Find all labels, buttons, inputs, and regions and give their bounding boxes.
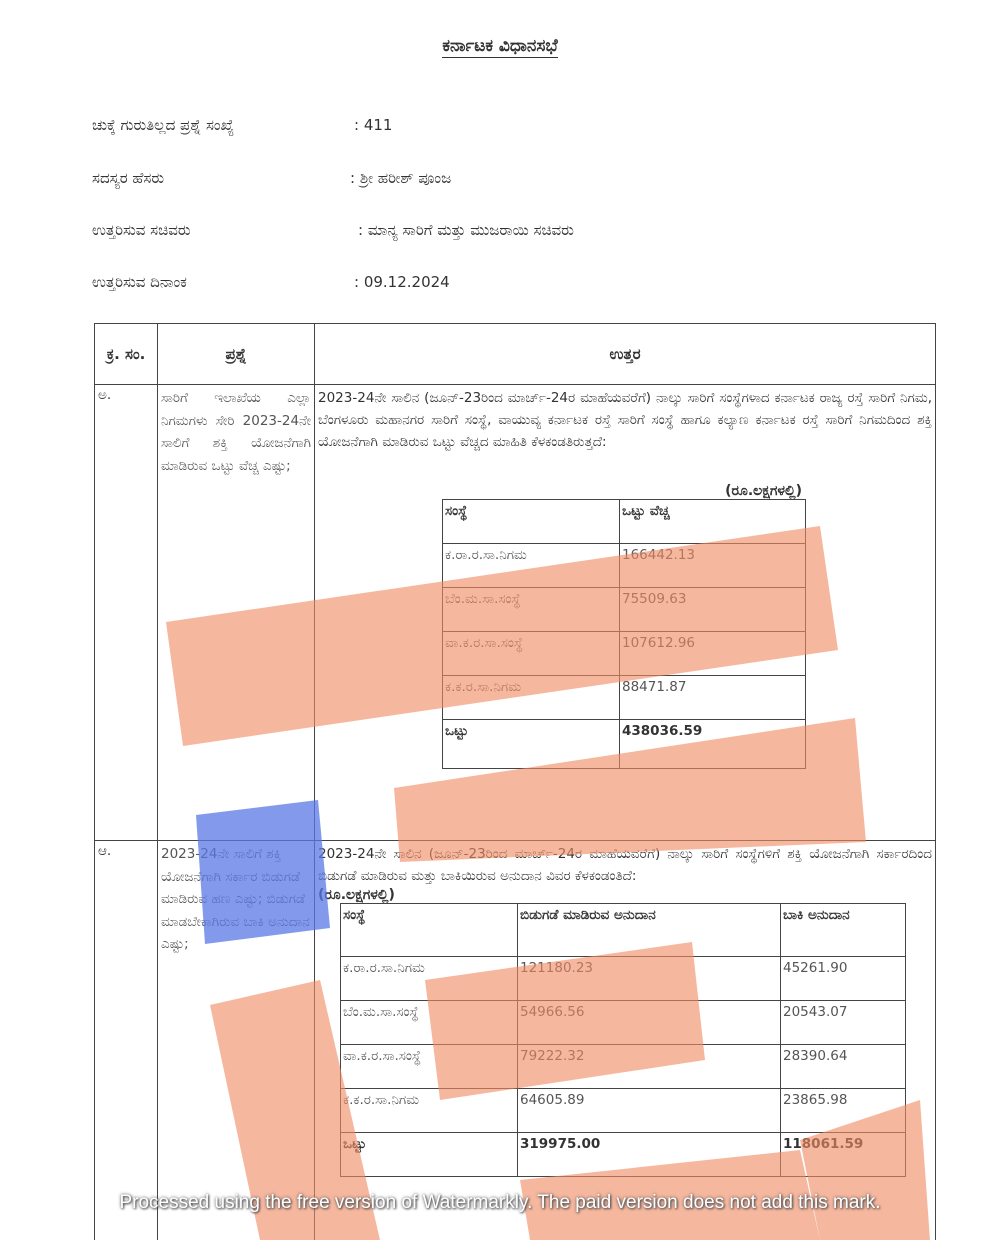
document-title: ಕರ್ನಾಟಕ ವಿಧಾನಸಭೆ <box>0 36 1000 56</box>
org-cell: ಬೆಂ.ಮ.ಸಾ.ಸಂಸ್ಥೆ <box>341 1001 518 1045</box>
value-cell: 75509.63 <box>620 588 806 632</box>
released-cell: 54966.56 <box>518 1001 781 1045</box>
expense-table: ಸಂಸ್ಥೆಒಟ್ಟು ವೆಚ್ಚ ಕ.ರಾ.ರ.ಸಾ.ನಿಗಮ166442.1… <box>442 499 806 769</box>
unit-label: (ರೂ.ಲಕ್ಷಗಳಲ್ಲಿ) <box>318 887 932 903</box>
qa-table: ಕ್ರ. ಸಂ. ಪ್ರಶ್ನೆ ಉತ್ತರ ಅ. ಸಾರಿಗೆ ಇಲಾಖೆಯ … <box>94 323 936 1240</box>
pending-cell: 23865.98 <box>781 1089 906 1133</box>
meta-label: ಉತ್ತರಿಸುವ ಸಚಿವರು <box>92 221 347 239</box>
org-cell: ವಾ.ಕ.ರ.ಸಾ.ಸಂಸ್ಥೆ <box>341 1045 518 1089</box>
qa-row: ಅ. ಸಾರಿಗೆ ಇಲಾಖೆಯ ಎಲ್ಲಾ ನಿಗಮಗಳು ಸೇರಿ 2023… <box>95 385 936 841</box>
total-released: 319975.00 <box>518 1133 781 1177</box>
row-question: 2023-24ನೇ ಸಾಲಿಗೆ ಶಕ್ತಿ ಯೋಜನೆಗಾಗಿ ಸರ್ಕಾರ … <box>158 841 315 1240</box>
meta-value: : 09.12.2024 <box>354 273 450 291</box>
meta-answer-date: ಉತ್ತರಿಸುವ ದಿನಾಂಕ: 09.12.2024 <box>92 273 347 291</box>
title-text: ಕರ್ನಾಟಕ ವಿಧಾನಸಭೆ <box>442 36 557 58</box>
header-sl-no: ಕ್ರ. ಸಂ. <box>95 324 158 385</box>
org-cell: ಕ.ರಾ.ರ.ಸಾ.ನಿಗಮ <box>443 544 620 588</box>
meta-label: ಸದಸ್ಯರ ಹೆಸರು <box>92 169 347 187</box>
meta-label: ಚುಕ್ಕೆ ಗುರುತಿಲ್ಲದ ಪ್ರಶ್ನೆ ಸಂಖ್ಯೆ <box>92 116 347 134</box>
col-header: ಒಟ್ಟು ವೆಚ್ಚ <box>620 500 806 544</box>
released-cell: 64605.89 <box>518 1089 781 1133</box>
org-cell: ಕ.ಕ.ರ.ಸಾ.ನಿಗಮ <box>443 676 620 720</box>
total-value: 438036.59 <box>620 720 806 769</box>
released-cell: 79222.32 <box>518 1045 781 1089</box>
released-cell: 121180.23 <box>518 957 781 1001</box>
value-cell: 107612.96 <box>620 632 806 676</box>
row-sl: ಆ. <box>95 841 158 1240</box>
meta-label: ಉತ್ತರಿಸುವ ದಿನಾಂಕ <box>92 273 347 291</box>
col-header: ಸಂಸ್ಥೆ <box>443 500 620 544</box>
meta-value: : ಮಾನ್ಯ ಸಾರಿಗೆ ಮತ್ತು ಮುಜರಾಯಿ ಸಚಿವರು <box>358 221 574 239</box>
row-sl: ಅ. <box>95 385 158 841</box>
value-cell: 166442.13 <box>620 544 806 588</box>
meta-minister: ಉತ್ತರಿಸುವ ಸಚಿವರು: ಮಾನ್ಯ ಸಾರಿಗೆ ಮತ್ತು ಮುಜ… <box>92 221 347 239</box>
grant-table: ಸಂಸ್ಥೆಬಿಡುಗಡೆ ಮಾಡಿರುವ ಅನುದಾನಬಾಕಿ ಅನುದಾನ … <box>340 903 906 1177</box>
org-cell: ಬೆಂ.ಮ.ಸಾ.ಸಂಸ್ಥೆ <box>443 588 620 632</box>
row-answer: 2023-24ನೇ ಸಾಲಿನ (ಜೂನ್-23ರಿಂದ ಮಾರ್ಚ್-24ರ … <box>315 385 936 841</box>
total-pending: 118061.59 <box>781 1133 906 1177</box>
col-header: ಸಂಸ್ಥೆ <box>341 904 518 957</box>
org-cell: ಕ.ಕ.ರ.ಸಾ.ನಿಗಮ <box>341 1089 518 1133</box>
watermark-text: Processed using the free version of Wate… <box>0 1192 1000 1214</box>
org-cell: ವಾ.ಕ.ರ.ಸಾ.ಸಂಸ್ಥೆ <box>443 632 620 676</box>
qa-row: ಆ. 2023-24ನೇ ಸಾಲಿಗೆ ಶಕ್ತಿ ಯೋಜನೆಗಾಗಿ ಸರ್ಕ… <box>95 841 936 1240</box>
value-cell: 88471.87 <box>620 676 806 720</box>
meta-question-number: ಚುಕ್ಕೆ ಗುರುತಿಲ್ಲದ ಪ್ರಶ್ನೆ ಸಂಖ್ಯೆ: 411 <box>92 116 347 134</box>
pending-cell: 20543.07 <box>781 1001 906 1045</box>
header-question: ಪ್ರಶ್ನೆ <box>158 324 315 385</box>
total-label: ಒಟ್ಟು <box>341 1133 518 1177</box>
pending-cell: 28390.64 <box>781 1045 906 1089</box>
row-answer: 2023-24ನೇ ಸಾಲಿನ (ಜೂನ್-23ರಿಂದ ಮಾರ್ಚ್-24ರ … <box>315 841 936 1240</box>
unit-label: (ರೂ.ಲಕ್ಷಗಳಲ್ಲಿ) <box>318 483 802 499</box>
header-answer: ಉತ್ತರ <box>315 324 936 385</box>
pending-cell: 45261.90 <box>781 957 906 1001</box>
total-label: ಒಟ್ಟು <box>443 720 620 769</box>
meta-value: : 411 <box>354 116 392 134</box>
col-header: ಬಾಕಿ ಅನುದಾನ <box>781 904 906 957</box>
meta-value: : ಶ್ರೀ ಹರೀಶ್ ಪೂಂಜ <box>350 169 451 187</box>
col-header: ಬಿಡುಗಡೆ ಮಾಡಿರುವ ಅನುದಾನ <box>518 904 781 957</box>
org-cell: ಕ.ರಾ.ರ.ಸಾ.ನಿಗಮ <box>341 957 518 1001</box>
row-question: ಸಾರಿಗೆ ಇಲಾಖೆಯ ಎಲ್ಲಾ ನಿಗಮಗಳು ಸೇರಿ 2023-24… <box>158 385 315 841</box>
meta-member-name: ಸದಸ್ಯರ ಹೆಸರು: ಶ್ರೀ ಹರೀಶ್ ಪೂಂಜ <box>92 169 347 187</box>
qa-header-row: ಕ್ರ. ಸಂ. ಪ್ರಶ್ನೆ ಉತ್ತರ <box>95 324 936 385</box>
answer-text: 2023-24ನೇ ಸಾಲಿನ (ಜೂನ್-23ರಿಂದ ಮಾರ್ಚ್-24ರ … <box>318 843 932 887</box>
answer-text: 2023-24ನೇ ಸಾಲಿನ (ಜೂನ್-23ರಿಂದ ಮಾರ್ಚ್-24ರ … <box>318 387 932 453</box>
